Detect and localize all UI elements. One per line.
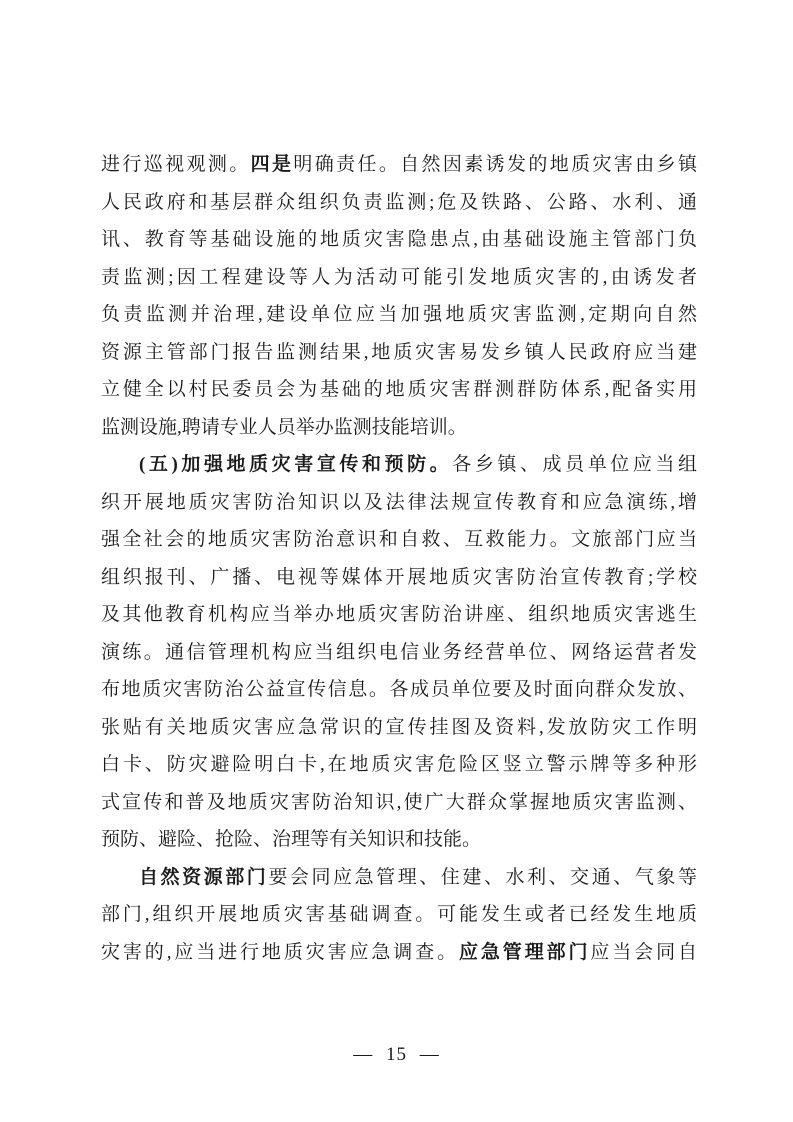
- bold-text: 自然资源部门: [139, 867, 268, 888]
- body-text: 人民政府和基层群众组织负责监测;危及铁路、公路、水利、通: [101, 192, 697, 213]
- text-line: 张贴有关地质灾害应急常识的宣传挂图及资料,发放防灾工作明: [101, 709, 697, 747]
- text-line: 讯、教育等基础设施的地质灾害隐患点,由基础设施主管部门负: [101, 221, 697, 259]
- text-line: 立健全以村民委员会为基础的地质灾害群测群防体系,配备实用: [101, 371, 697, 409]
- page-number: — 15 —: [353, 1044, 440, 1065]
- body-text: 讯、教育等基础设施的地质灾害隐患点,由基础设施主管部门负: [101, 229, 697, 250]
- body-text: 强全社会的地质灾害防治意识和自救、互救能力。文旅部门应当: [101, 529, 697, 550]
- body-text: 织开展地质灾害防治知识以及法律法规宣传教育和应急演练,增: [101, 492, 697, 513]
- document-page: 进行巡视观测。四是明确责任。自然因素诱发的地质灾害由乡镇人民政府和基层群众组织负…: [0, 0, 793, 1122]
- text-line: 白卡、防灾避险明白卡,在地质灾害危险区竖立警示牌等多种形: [101, 746, 697, 784]
- bold-text: 应急管理部门: [459, 942, 590, 963]
- text-line: 责监测;因工程建设等人为活动可能引发地质灾害的,由诱发者: [101, 259, 697, 297]
- text-line: 织开展地质灾害防治知识以及法律法规宣传教育和应急演练,增: [101, 484, 697, 522]
- text-line: 人民政府和基层群众组织负责监测;危及铁路、公路、水利、通: [101, 184, 697, 222]
- body-text: 责监测;因工程建设等人为活动可能引发地质灾害的,由诱发者: [101, 267, 697, 288]
- text-line: 预防、避险、抢险、治理等有关知识和技能。: [101, 821, 697, 859]
- body-text: 各乡镇、成员单位应当组: [452, 454, 697, 475]
- page-footer: — 15 —: [0, 1042, 793, 1068]
- body-text: 明确责任。自然因素诱发的地质灾害由乡镇: [293, 154, 697, 175]
- bold-text: (五)加强地质灾害宣传和预防。: [139, 454, 452, 475]
- body-text: 演练。通信管理机构应当组织电信业务经营单位、网络运营者发: [101, 642, 697, 663]
- body-text: 部门,组织开展地质灾害基础调查。可能发生或者已经发生地质: [101, 904, 697, 925]
- text-line: 灾害的,应当进行地质灾害应急调查。应急管理部门应当会同自: [101, 934, 697, 972]
- text-line: 布地质灾害防治公益宣传信息。各成员单位要及时面向群众发放、: [101, 671, 697, 709]
- body-text: 式宣传和普及地质灾害防治知识,使广大群众掌握地质灾害监测、: [101, 792, 697, 813]
- text-line: 部门,组织开展地质灾害基础调查。可能发生或者已经发生地质: [101, 896, 697, 934]
- body-text: 进行巡视观测。: [101, 154, 251, 175]
- text-line: 监测设施,聘请专业人员举办监测技能培训。: [101, 409, 697, 447]
- body-text: 布地质灾害防治公益宣传信息。各成员单位要及时面向群众发放、: [101, 679, 697, 700]
- text-line: 及其他教育机构应当举办地质灾害防治讲座、组织地质灾害逃生: [101, 596, 697, 634]
- text-line: 自然资源部门要会同应急管理、住建、水利、交通、气象等: [101, 859, 697, 897]
- body-text: 张贴有关地质灾害应急常识的宣传挂图及资料,发放防灾工作明: [101, 717, 697, 738]
- text-line: (五)加强地质灾害宣传和预防。各乡镇、成员单位应当组: [101, 446, 697, 484]
- body-text: 应当会同自: [590, 942, 697, 963]
- document-body: 进行巡视观测。四是明确责任。自然因素诱发的地质灾害由乡镇人民政府和基层群众组织负…: [101, 146, 697, 971]
- body-text: 负责监测并治理,建设单位应当加强地质灾害监测,定期向自然: [101, 304, 697, 325]
- body-text: 要会同应急管理、住建、水利、交通、气象等: [268, 867, 697, 888]
- text-line: 资源主管部门报告监测结果,地质灾害易发乡镇人民政府应当建: [101, 334, 697, 372]
- text-line: 进行巡视观测。四是明确责任。自然因素诱发的地质灾害由乡镇: [101, 146, 697, 184]
- text-line: 负责监测并治理,建设单位应当加强地质灾害监测,定期向自然: [101, 296, 697, 334]
- bold-text: 四是: [251, 154, 294, 175]
- body-text: 资源主管部门报告监测结果,地质灾害易发乡镇人民政府应当建: [101, 342, 697, 363]
- text-line: 式宣传和普及地质灾害防治知识,使广大群众掌握地质灾害监测、: [101, 784, 697, 822]
- body-text: 预防、避险、抢险、治理等有关知识和技能。: [101, 829, 481, 850]
- body-text: 监测设施,聘请专业人员举办监测技能培训。: [101, 417, 467, 438]
- body-text: 组织报刊、广播、电视等媒体开展地质灾害防治宣传教育;学校: [101, 567, 697, 588]
- body-text: 白卡、防灾避险明白卡,在地质灾害危险区竖立警示牌等多种形: [101, 754, 697, 775]
- text-line: 强全社会的地质灾害防治意识和自救、互救能力。文旅部门应当: [101, 521, 697, 559]
- body-text: 及其他教育机构应当举办地质灾害防治讲座、组织地质灾害逃生: [101, 604, 697, 625]
- body-text: 灾害的,应当进行地质灾害应急调查。: [101, 942, 459, 963]
- body-text: 立健全以村民委员会为基础的地质灾害群测群防体系,配备实用: [101, 379, 697, 400]
- text-line: 组织报刊、广播、电视等媒体开展地质灾害防治宣传教育;学校: [101, 559, 697, 597]
- text-line: 演练。通信管理机构应当组织电信业务经营单位、网络运营者发: [101, 634, 697, 672]
